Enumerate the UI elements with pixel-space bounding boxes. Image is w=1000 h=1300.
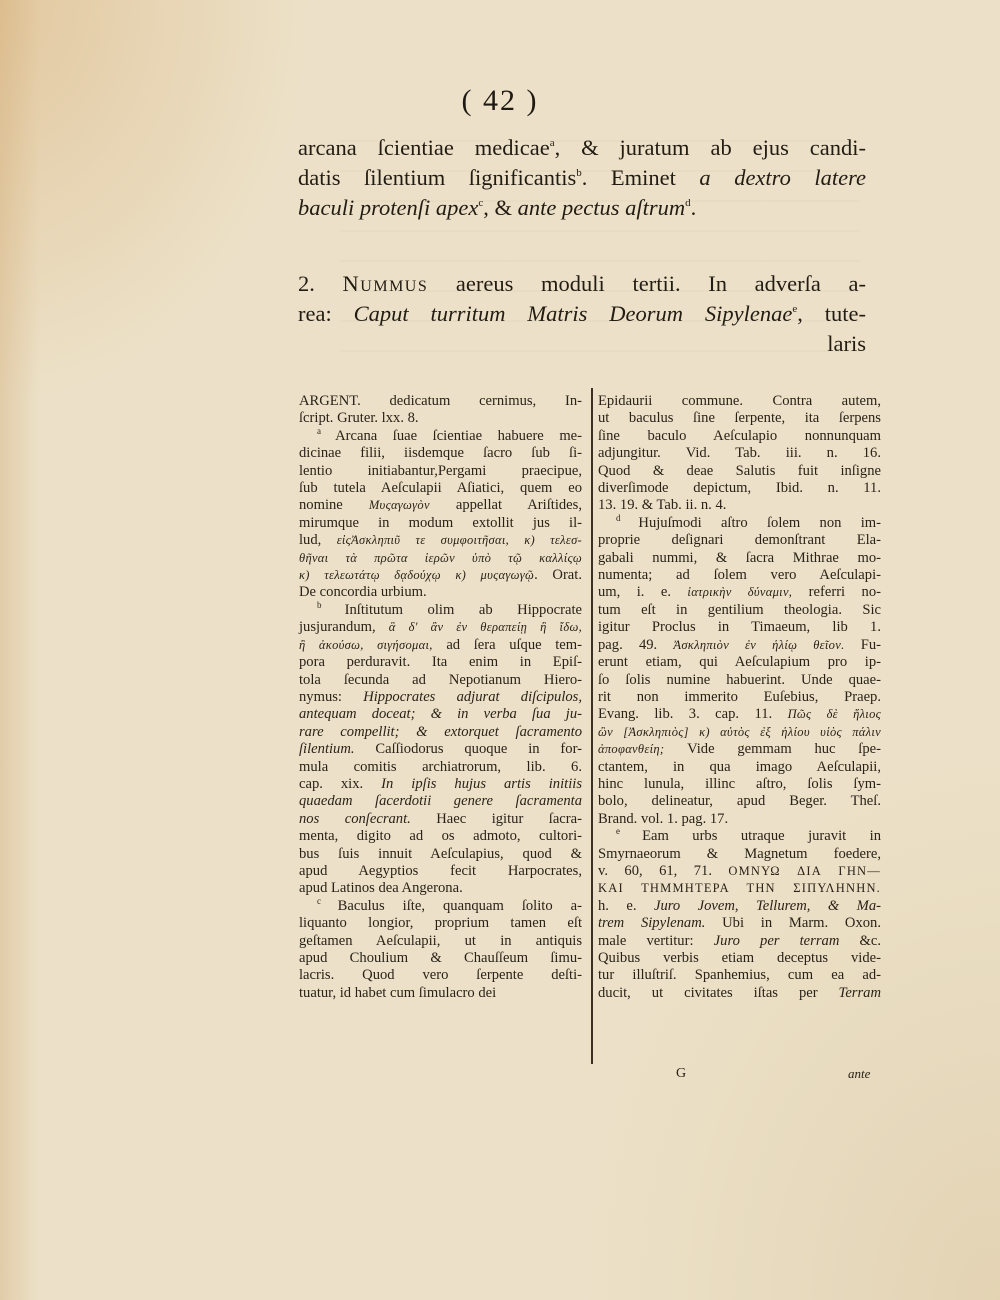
greek-quotation: Μυςαγωγὸν <box>369 498 430 512</box>
footnote-line: rare compellit; & extorquet ſacramento <box>299 724 582 741</box>
main-line: datis ſilentium ſignificantisb. Eminet a… <box>298 163 866 193</box>
footnote-line: tum eſt in gentilium theologia. Sic <box>598 602 881 619</box>
italic-quotation: Juro per terram <box>714 933 840 949</box>
footnote-line: pag. 49. Ἀσκληπιὸν ἐν ἡλίῳ θεῖον. Fu- <box>598 637 881 654</box>
column-divider <box>591 388 593 1064</box>
footnote-line: apud Choulium & Chauſſeum ſimu- <box>299 950 582 967</box>
footnote-line: erunt etiam, qui Aeſculapium pro ip- <box>598 654 881 671</box>
footnote-marker: e <box>616 826 642 836</box>
footnote-line: tola ſecunda ad Nepotianum Hiero- <box>299 672 582 689</box>
greek-inscription: ΚΑΙ ΤΗΜΜΗΤΕΡΑ ΤΗΝ ΣΙΠΥΛΗΝΗΝ. <box>598 881 881 895</box>
main-line: arcana ſcientiae medicaea, & juratum ab … <box>298 133 866 163</box>
footnote-line: ſo ſolis numine habuerint. Unde quae- <box>598 672 881 689</box>
footnote-line: apud Latinos dea Angerona. <box>299 880 582 897</box>
italic-quotation: In ipſis hujus artis initiis <box>381 776 582 792</box>
footnote-line: geſtamen Aeſculapii, ut in antiquis <box>299 933 582 950</box>
footnote-line: lacris. Quod vero ſerpente deſti- <box>299 967 582 984</box>
footnote-line: d Hujuſmodi aſtro ſolem non im- <box>598 515 881 532</box>
footnote-b: b Inſtitutum olim ab Hippocratejusjurand… <box>299 602 582 898</box>
main-line: laris <box>298 329 866 359</box>
greek-quotation: εἰςἈσκληπιῦ τε συμφοιτῆσαι, κ) τελεσ- <box>337 533 582 547</box>
italic-quotation: Hippocrates adjurat diſcipulos, <box>363 689 582 705</box>
footnote-line: ſub tutela Aeſculapii Aſiatici, quem eo <box>299 480 582 497</box>
italic-quotation: antequam doceat; & in verba ſua ju- <box>299 706 582 722</box>
italic-quotation: rare compellit; & extorquet ſacramento <box>299 724 582 740</box>
footnote-line: c Baculus iſte, quanquam ſolito a- <box>299 898 582 915</box>
footnote-line: v. 60, 61, 71. ΟΜΝΥΩ ΔΙΑ ΓΗΝ— <box>598 863 881 880</box>
footnote-line: trem Sipylenam. Ubi in Marm. Oxon. <box>598 915 881 932</box>
main-line: 2. Nummus aereus moduli tertii. In adver… <box>298 269 866 299</box>
footnote-line: nomine Μυςαγωγὸν appellat Ariſtides, <box>299 497 582 514</box>
footnote-line: hinc lunula, illinc aſtro, ſolis ſym- <box>598 776 881 793</box>
footnote-c: c Baculus iſte, quanquam ſolito a-liquan… <box>299 898 582 1002</box>
footnote-line: nos conſecrant. Haec igitur ſacra- <box>299 811 582 828</box>
footnote-line: ἀποφανθείη; Vide gemmam huc ſpe- <box>598 741 881 758</box>
footnote-line: Quibus verbis etiam deceptus vide- <box>598 950 881 967</box>
footnote-marker: c <box>317 896 338 906</box>
footnote-line: h. e. Juro Jovem, Tellurem, & Ma- <box>598 898 881 915</box>
greek-quotation: ἰατρικὴν δύναμιν, <box>687 585 792 599</box>
footnote-line: adjungitur. Vid. Tab. iii. n. 16. <box>598 445 881 462</box>
footnote-c-cont: Epidaurii commune. Contra autem,ut bacul… <box>598 393 881 515</box>
main-paragraph-2: 2. Nummus aereus moduli tertii. In adver… <box>298 269 866 359</box>
footnote-line: diverſimode depictum, Ibid. n. 11. <box>598 480 881 497</box>
footnote-line: bolo, delineatur, apud Beger. Theſ. <box>598 793 881 810</box>
catchword: ante <box>848 1066 870 1082</box>
footnote-line: ctantem, in qua imago Aeſculapii, <box>598 759 881 776</box>
footnote-line: antequam doceat; & in verba ſua ju- <box>299 706 582 723</box>
footnote-e: e Eam urbs utraque juravit inSmyrnaeorum… <box>598 828 881 1002</box>
footnote-line: dicinae filii, iisdemque ſacro ſub ſi- <box>299 445 582 462</box>
italic-quotation: ſilentium. <box>299 741 355 757</box>
greek-quotation: Ἀσκληπιὸν ἐν ἡλίῳ θεῖον. <box>673 638 844 652</box>
greek-quotation: ἢ ἀκούσω, σιγήσομαι, <box>299 638 433 652</box>
footnote-line: tuatur, id habet cum ſimulacro dei <box>299 985 582 1002</box>
footnote-line: lentio initiabantur,Pergami praecipue, <box>299 463 582 480</box>
footnote-d: d Hujuſmodi aſtro ſolem non im-proprie d… <box>598 515 881 828</box>
footnotes-right-column: Epidaurii commune. Contra autem,ut bacul… <box>598 393 881 1002</box>
footnote-line: mula comitis archiatrorum, lib. 6. <box>299 759 582 776</box>
footnote-line: gabali nummi, & ſacra Mithrae mo- <box>598 550 881 567</box>
footnote-line: ὢν [Ἀσκληπιὸς] κ) αὐτὸς ἐξ ἡλίου υἱὸς πά… <box>598 724 881 741</box>
footnote-line: bus ſuis innuit Aeſculapius, quod & <box>299 846 582 863</box>
footnote-line: jusjurandum, ἃ δ' ἂν ἐν θεραπείῃ ἢ ἴδω, <box>299 619 582 636</box>
footnote-line: ΚΑΙ ΤΗΜΜΗΤΕΡΑ ΤΗΝ ΣΙΠΥΛΗΝΗΝ. <box>598 880 881 897</box>
greek-quotation: Πῶς δὲ ἥλιος <box>788 707 881 721</box>
footnote-line: numenta; ad ſolem vero Aeſculapi- <box>598 567 881 584</box>
greek-quotation: ἀποφανθείη; <box>598 742 664 756</box>
footnote-a: a Arcana ſuae ſcientiae habuere me-dicin… <box>299 428 582 602</box>
footnote-line: e Eam urbs utraque juravit in <box>598 828 881 845</box>
footnote-line: Quod & deae Salutis fuit inſigne <box>598 463 881 480</box>
footnote-line: mirumque in modum extollit jus il- <box>299 515 582 532</box>
italic-quotation: quaedam ſacerdotii genere ſacramenta <box>299 793 582 809</box>
footnote-line: nymus: Hippocrates adjurat diſcipulos, <box>299 689 582 706</box>
footnote-marker: d <box>616 513 638 523</box>
footnotes-left-column: ARGENT. dedicatum cernimus, In-ſcript. G… <box>299 393 582 1002</box>
greek-quotation: ἃ δ' ἂν ἐν θεραπείῃ ἢ ἴδω, <box>389 620 582 634</box>
footnote-line: ſilentium. Caſſiodorus quoque in for- <box>299 741 582 758</box>
footnote-line: ut baculus ſine ſerpente, ita ſerpens <box>598 410 881 427</box>
footnote-line: κ) τελεωτάτῳ δᾳδούχῳ κ) μυςαγωγῷ. Orat. <box>299 567 582 584</box>
greek-inscription: ΟΜΝΥΩ ΔΙΑ ΓΗΝ— <box>728 864 881 878</box>
footnote-line: b Inſtitutum olim ab Hippocrate <box>299 602 582 619</box>
signature-mark: G <box>676 1066 686 1082</box>
greek-quotation: κ) τελεωτάτῳ δᾳδούχῳ κ) μυςαγωγῷ <box>299 568 534 582</box>
footnote-continuation: ARGENT. dedicatum cernimus, In-ſcript. G… <box>299 393 582 428</box>
page-number: ( 42 ) <box>0 84 1000 118</box>
footnote-line: tur illuſtriſ. Spanhemius, cum ea ad- <box>598 967 881 984</box>
italic-quotation: Juro Jovem, Tellurem, & Ma- <box>654 898 881 914</box>
footnote-line: ſine baculo Aeſculapio nonnunquam <box>598 428 881 445</box>
footnote-line: rit non immerito Euſebius, Praep. <box>598 689 881 706</box>
footnote-line: Epidaurii commune. Contra autem, <box>598 393 881 410</box>
main-line: rea: Caput turritum Matris Deorum Sipyle… <box>298 299 866 329</box>
footnote-line: Evang. lib. 3. cap. 11. Πῶς δὲ ἥλιος <box>598 706 881 723</box>
footnote-line: liquanto longior, proprium tamen eſt <box>299 915 582 932</box>
footnote-line: proprie deſignari demonſtrant Ela- <box>598 532 881 549</box>
footnote-line: um, i. e. ἰατρικὴν δύναμιν, referri no- <box>598 584 881 601</box>
footnote-line: Smyrnaeorum & Magnetum foedere, <box>598 846 881 863</box>
main-paragraph-1: arcana ſcientiae medicaea, & juratum ab … <box>298 133 866 223</box>
main-line: baculi protenſi apexc, & ante pectus aſt… <box>298 193 866 223</box>
footnote-marker: b <box>317 600 345 610</box>
footnote-line: ducit, ut civitates iſtas per Terram <box>598 985 881 1002</box>
footnote-line: ARGENT. dedicatum cernimus, In- <box>299 393 582 410</box>
footnote-line: θῆναι τὰ πρῶτα ἱερῶν ὑπὸ τῷ καλλίςῳ <box>299 550 582 567</box>
footnote-line: lud, εἰςἈσκληπιῦ τε συμφοιτῆσαι, κ) τελε… <box>299 532 582 549</box>
footnote-line: male vertitur: Juro per terram &c. <box>598 933 881 950</box>
footnote-line: quaedam ſacerdotii genere ſacramenta <box>299 793 582 810</box>
main-text: arcana ſcientiae medicaea, & juratum ab … <box>298 133 866 359</box>
footnote-marker: a <box>317 426 335 436</box>
italic-quotation: Terram <box>839 985 881 1001</box>
italic-quotation: nos conſecrant. <box>299 811 411 827</box>
footnote-line: ἢ ἀκούσω, σιγήσομαι, ad ſera uſque tem- <box>299 637 582 654</box>
italic-quotation: trem Sipylenam. <box>598 915 705 931</box>
footnote-line: a Arcana ſuae ſcientiae habuere me- <box>299 428 582 445</box>
footnote-line: apud Aegyptios fecit Harpocrates, <box>299 863 582 880</box>
nummus-heading: Nummus <box>343 271 429 296</box>
footnote-line: pora perduravit. Ita enim in Epiſ- <box>299 654 582 671</box>
footnote-line: cap. xix. In ipſis hujus artis initiis <box>299 776 582 793</box>
footnote-line: menta, digito ad os admoto, cultori- <box>299 828 582 845</box>
footnote-line: 13. 19. & Tab. ii. n. 4. <box>598 497 881 514</box>
greek-quotation: ὢν [Ἀσκληπιὸς] κ) αὐτὸς ἐξ ἡλίου υἱὸς πά… <box>598 725 881 739</box>
greek-quotation: θῆναι τὰ πρῶτα ἱερῶν ὑπὸ τῷ καλλίςῳ <box>299 551 582 565</box>
footnote-line: igitur Proclus in Timaeum, lib 1. <box>598 619 881 636</box>
footnote-line: ſcript. Gruter. lxx. 8. <box>299 410 582 427</box>
